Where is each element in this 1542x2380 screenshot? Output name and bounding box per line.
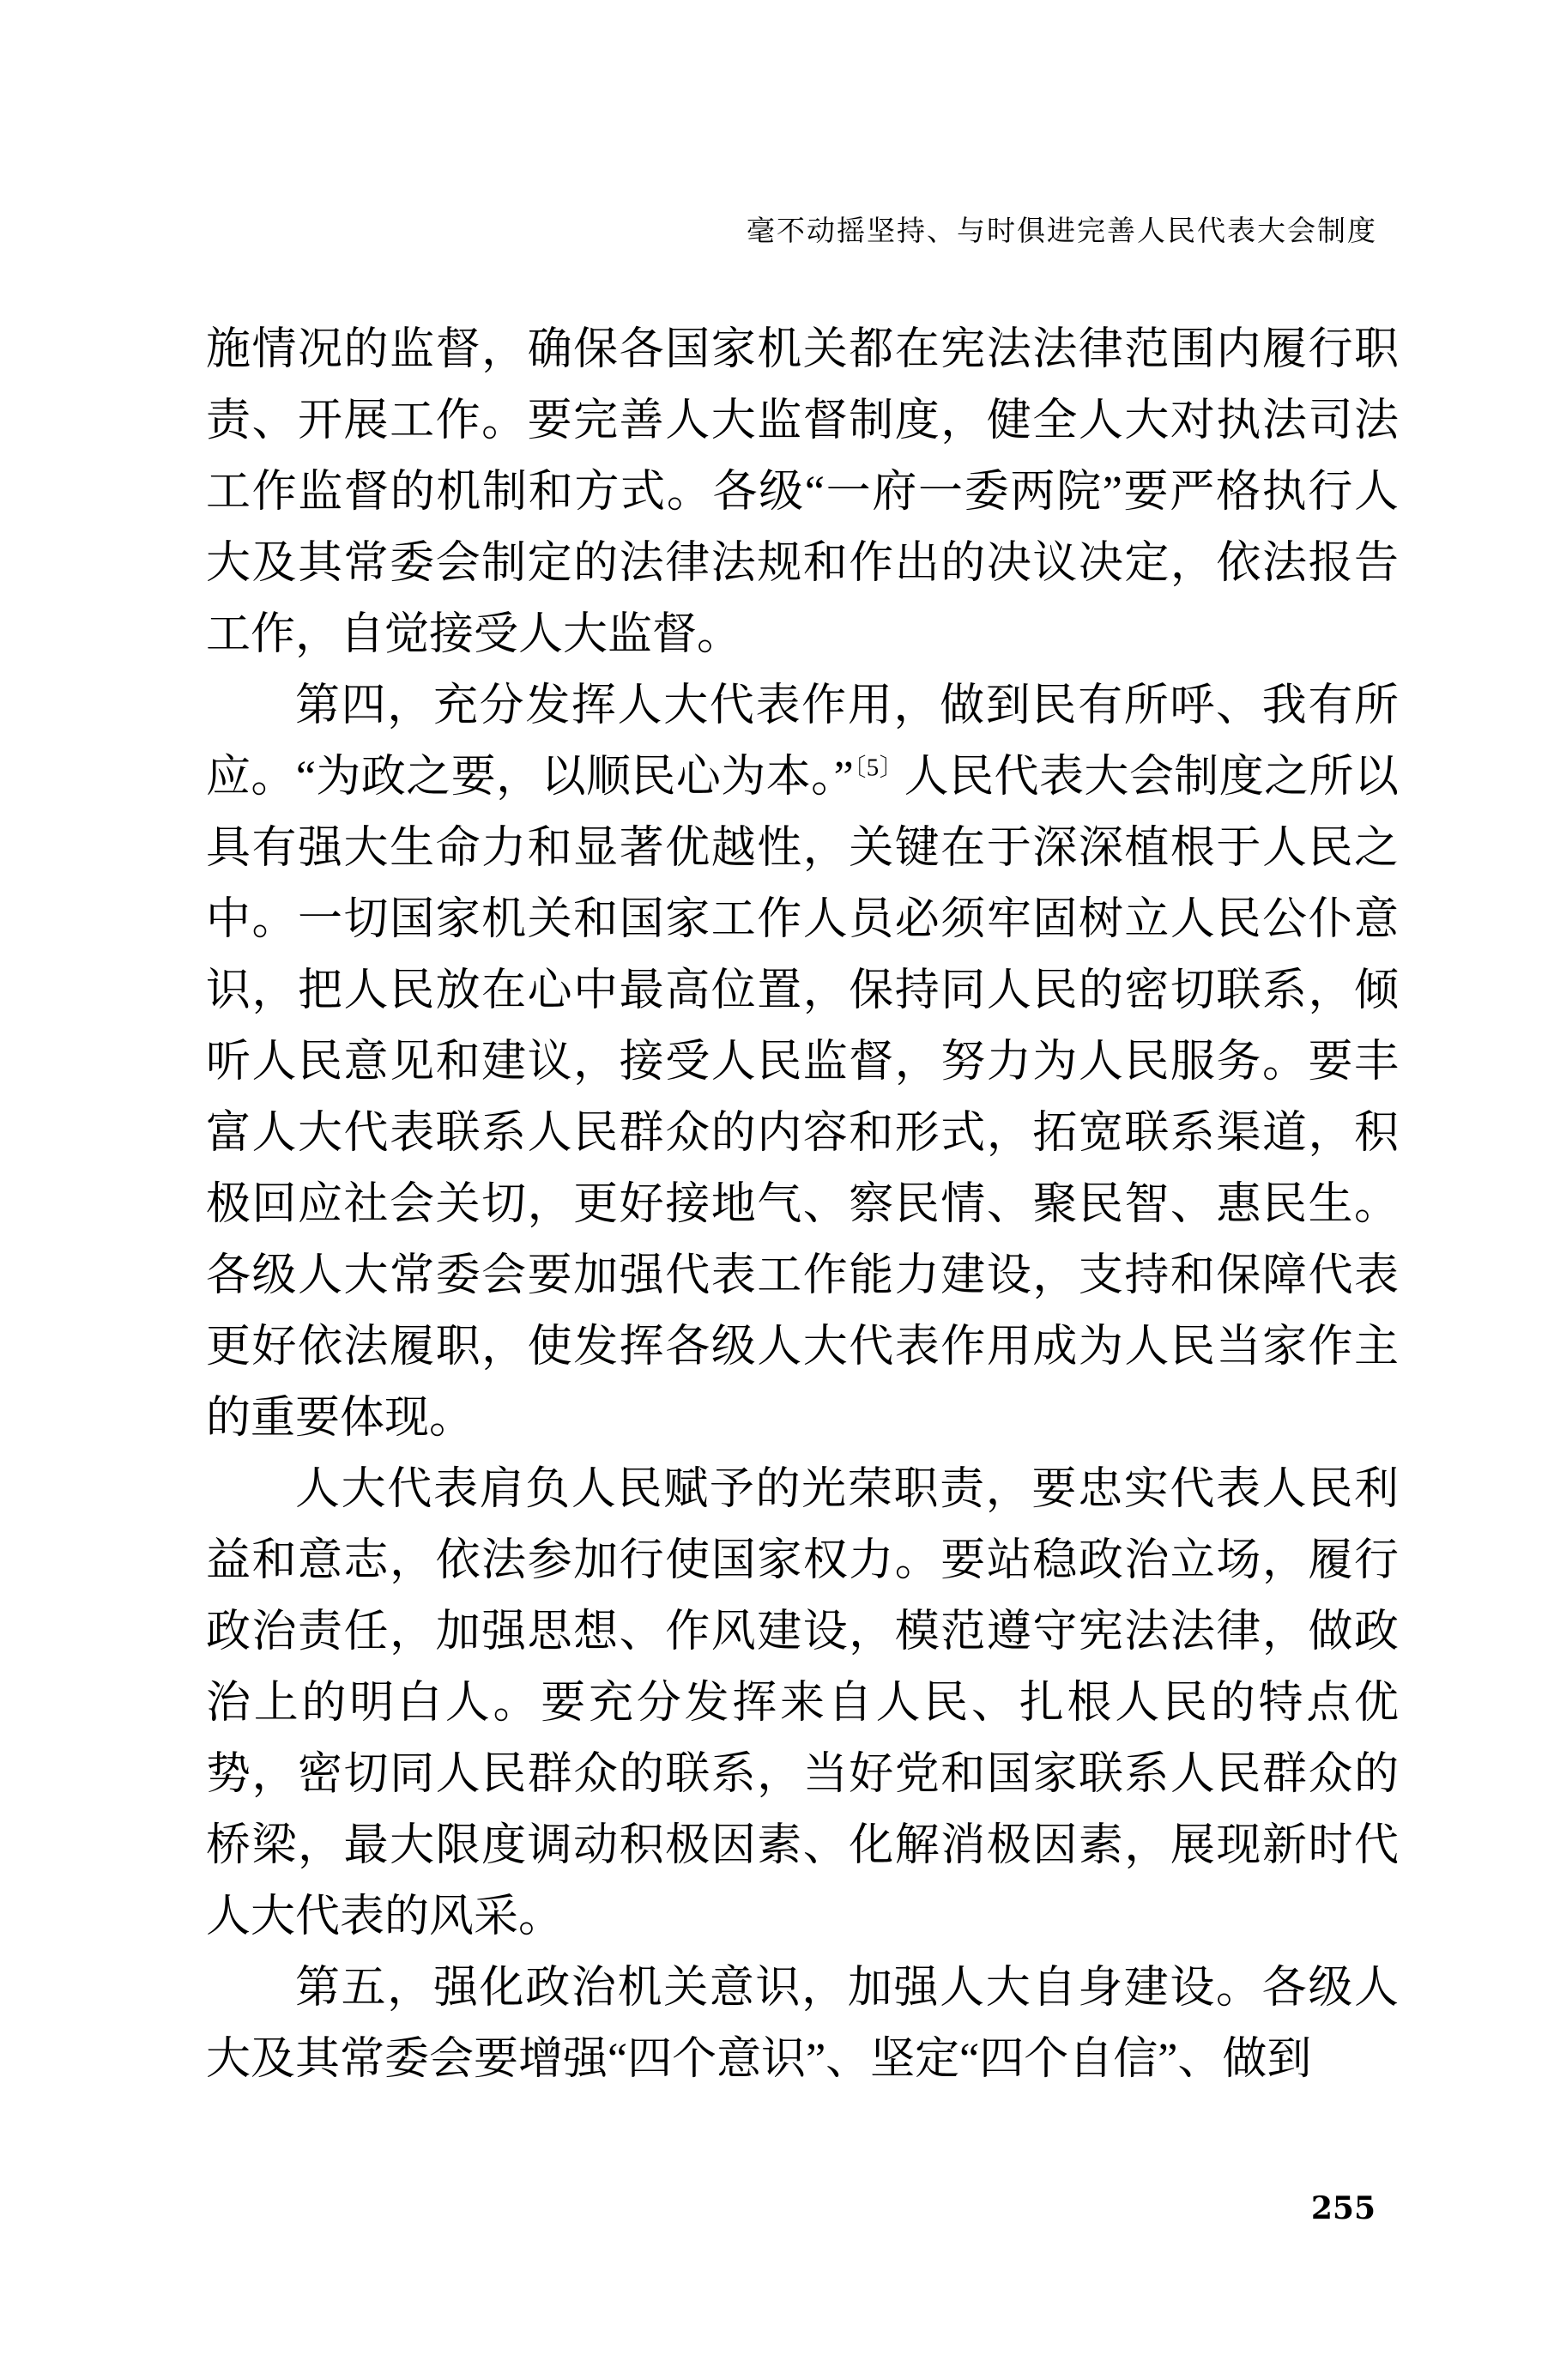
paragraph-fourth-point: 第四，充分发挥人大代表作用，做到民有所呼、我有所应。“为政之要，以顺民心为本。”… [206, 670, 1399, 1454]
paragraph-text: 人民代表大会制度之所以具有强大生命力和显著优越性，关键在于深深植根于人民之中。一… [206, 753, 1399, 1443]
page-body: 施情况的监督，确保各国家机关都在宪法法律范围内履行职责、开展工作。要完善人大监督… [206, 314, 1399, 2095]
book-page: 毫不动摇坚持、与时俱进完善人民代表大会制度 施情况的监督，确保各国家机关都在宪法… [0, 0, 1542, 2380]
paragraph-fifth-point: 第五，强化政治机关意识，加强人大自身建设。各级人大及其常委会要增强“四个意识”、… [206, 1953, 1399, 2095]
running-header: 毫不动摇坚持、与时俱进完善人民代表大会制度 [747, 215, 1377, 249]
paragraph-deputies-duty: 人大代表肩负人民赋予的光荣职责，要忠实代表人民利益和意志，依法参加行使国家权力。… [206, 1454, 1399, 1953]
page-number: 255 [1311, 2190, 1376, 2226]
paragraph-continuation: 施情况的监督，确保各国家机关都在宪法法律范围内履行职责、开展工作。要完善人大监督… [206, 314, 1399, 670]
footnote-ref-5: 〔5〕 [854, 755, 904, 782]
